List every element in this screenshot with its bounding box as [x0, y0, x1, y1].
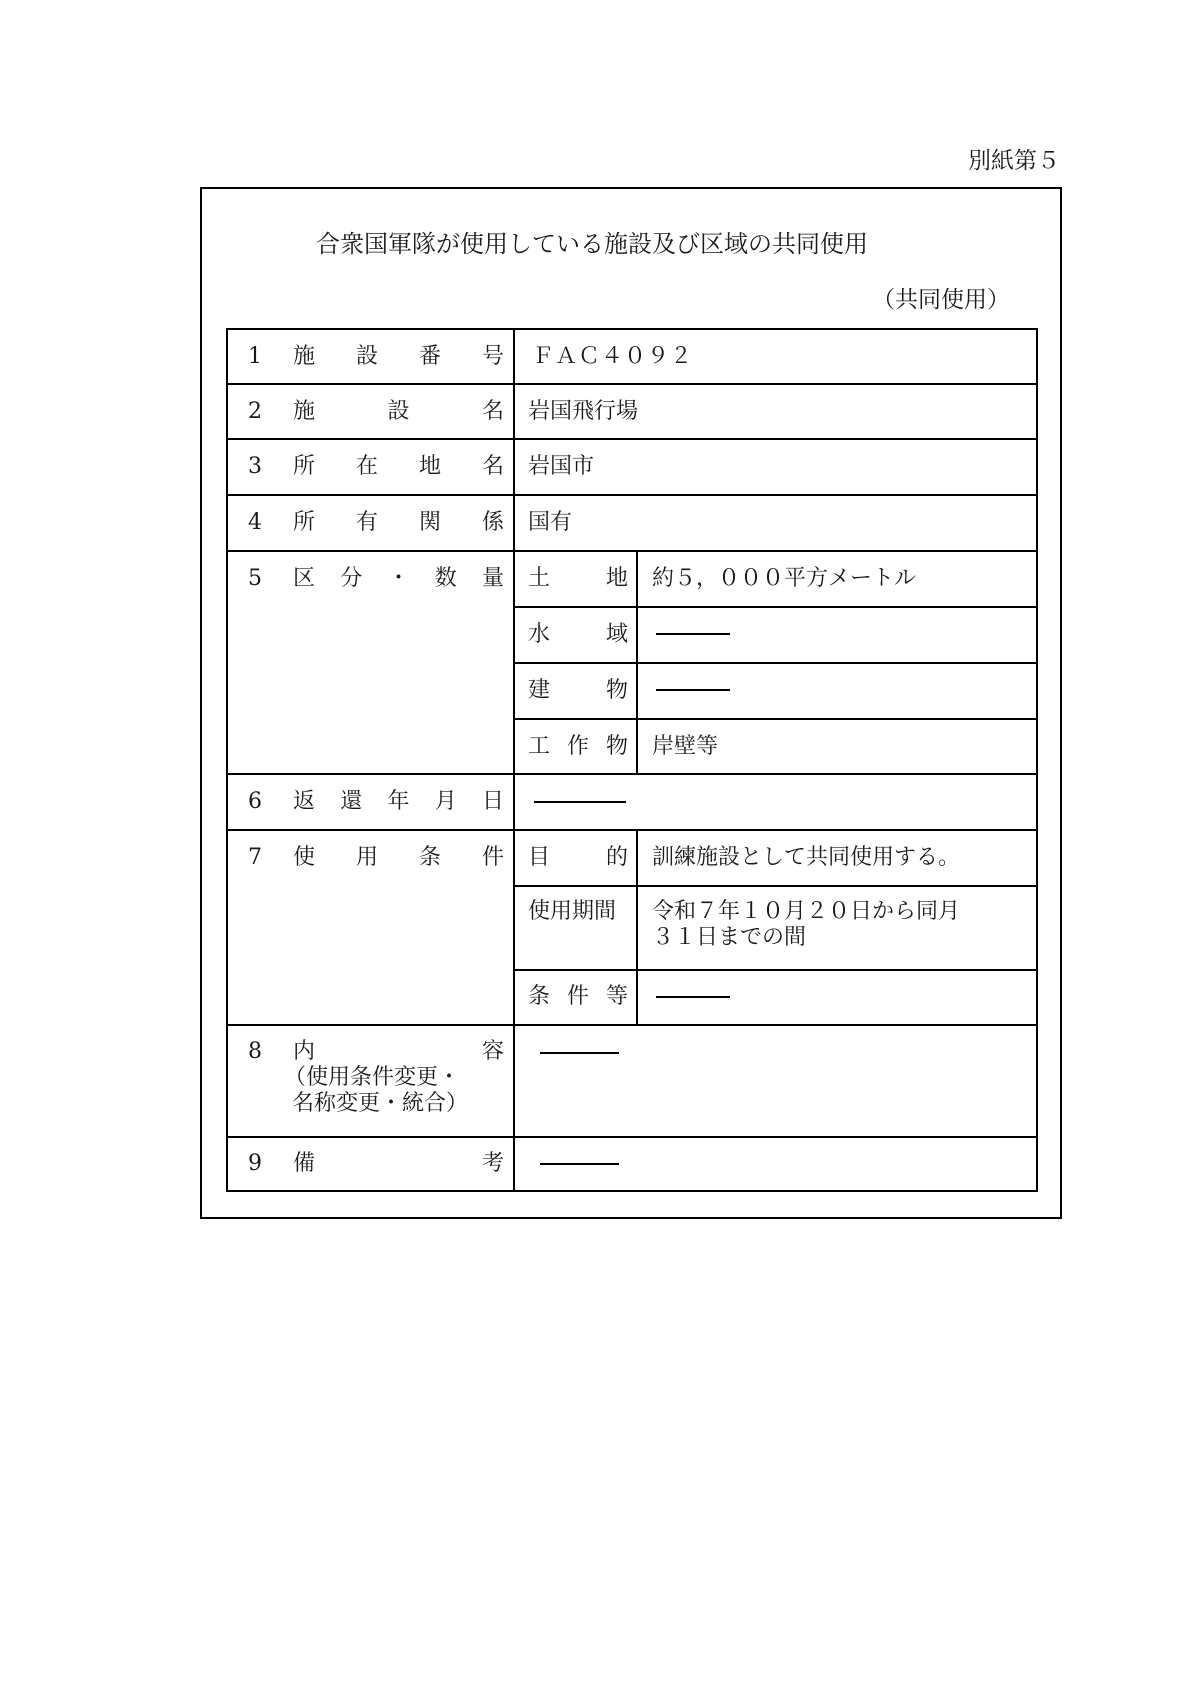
period-value-line-1: 令和７年１０月２０日から同月 [652, 899, 960, 925]
return-date-none-dash [534, 801, 626, 803]
row-line [226, 773, 1038, 775]
label-char: 区 [293, 566, 315, 592]
label-char: 数 [435, 566, 457, 592]
label-char: 名 [482, 454, 504, 480]
row-number: 5 [248, 566, 293, 592]
label-char: 作 [567, 734, 589, 760]
subrow-line [513, 662, 1038, 664]
subrow-line [513, 718, 1038, 720]
row-8-note-line-2: 名称変更・統合） [292, 1091, 468, 1117]
location-value: 岩国市 [528, 454, 594, 480]
row-number: 8 [248, 1039, 293, 1065]
label-char: 考 [482, 1151, 504, 1177]
label-char: 量 [482, 566, 504, 592]
row-number: 9 [248, 1151, 293, 1177]
document-title: 合衆国軍隊が使用している施設及び区域の共同使用 [0, 228, 1190, 260]
label-char: 所 [293, 510, 315, 536]
label-char: 等 [606, 984, 628, 1010]
column-divider [513, 328, 515, 1192]
row-7-label: 7 使 用 条 件 [248, 845, 504, 871]
subrow-label-land: 土 地 [528, 566, 628, 592]
row-number: 1 [248, 344, 293, 370]
row-number: 3 [248, 454, 293, 480]
label-char: 用 [356, 845, 378, 871]
row-5-label: 5 区 分 ・ 数 量 [248, 566, 504, 592]
document-title-text: 合衆国軍隊が使用している施設及び区域の共同使用 [316, 228, 868, 260]
facility-number-value: ＦＡＣ４０９２ [532, 344, 693, 370]
land-area-value: 約５，０００平方メートル [652, 566, 916, 592]
label-char: 在 [356, 454, 378, 480]
facility-table: 1 施 設 番 号 ＦＡＣ４０９２ 2 施 設 名 岩国飛行場 3 所 在 地 … [226, 328, 1038, 1192]
subrow-line [513, 885, 1038, 887]
label-char: 容 [482, 1039, 504, 1065]
label-char: 設 [387, 399, 409, 425]
label-char: 施 [293, 344, 315, 370]
row-1-label: 1 施 設 番 号 [248, 344, 504, 370]
label-char: 的 [606, 845, 628, 871]
document-subtitle: （共同使用） [860, 284, 1010, 316]
label-char: ・ [387, 566, 409, 592]
row-number: 6 [248, 789, 293, 815]
remarks-none-dash [540, 1163, 619, 1165]
structure-value: 岸壁等 [652, 734, 718, 760]
label-char: 分 [340, 566, 362, 592]
purpose-value: 訓練施設として共同使用する。 [652, 845, 960, 871]
label-char: 名 [482, 399, 504, 425]
label-char: 域 [606, 622, 628, 648]
label-char: 水 [528, 622, 550, 648]
row-2-label: 2 施 設 名 [248, 399, 504, 425]
table-border-left [226, 328, 228, 1192]
subrow-label-building: 建 物 [528, 678, 628, 704]
label-char: 件 [482, 845, 504, 871]
label-char: 月 [435, 789, 457, 815]
row-line [226, 383, 1038, 385]
label-char: 返 [293, 789, 315, 815]
subrow-label-purpose: 目 的 [528, 845, 628, 871]
label-char: 日 [482, 789, 504, 815]
content-none-dash [540, 1052, 619, 1054]
annex-label: 別紙第５ [940, 146, 1060, 176]
label-char: 内 [293, 1039, 315, 1065]
label-char: 土 [528, 566, 550, 592]
label-char: 還 [340, 789, 362, 815]
label-char: 番 [419, 344, 441, 370]
row-line [226, 438, 1038, 440]
conditions-none-dash [656, 996, 730, 998]
label-char: 関 [419, 510, 441, 536]
label-char: 物 [606, 734, 628, 760]
label-char: 設 [356, 344, 378, 370]
row-line [226, 494, 1038, 496]
table-border-bottom [226, 1190, 1038, 1192]
ownership-value: 国有 [528, 510, 572, 536]
label-char: 地 [606, 566, 628, 592]
row-8-label: 8 内 容 [248, 1039, 504, 1065]
subrow-label-conditions: 条 件 等 [528, 984, 628, 1010]
label-char: 号 [482, 344, 504, 370]
facility-name-value: 岩国飛行場 [528, 399, 638, 425]
subcolumn-divider-7 [636, 829, 638, 1025]
row-8-note-line-1: （使用条件変更・ [284, 1065, 460, 1091]
label-char: 係 [482, 510, 504, 536]
building-none-dash [656, 689, 730, 691]
row-4-label: 4 所 有 関 係 [248, 510, 504, 536]
label-char: 有 [356, 510, 378, 536]
subrow-line [513, 969, 1038, 971]
label-char: 所 [293, 454, 315, 480]
subrow-label-structure: 工 作 物 [528, 734, 628, 760]
label-char: 施 [293, 399, 315, 425]
table-border-top [226, 328, 1038, 330]
row-9-label: 9 備 考 [248, 1151, 504, 1177]
row-number: 2 [248, 399, 293, 425]
row-line [226, 550, 1038, 552]
row-line [226, 1024, 1038, 1026]
row-3-label: 3 所 在 地 名 [248, 454, 504, 480]
subrow-label-period: 使用期間 [528, 899, 628, 925]
row-6-label: 6 返 還 年 月 日 [248, 789, 504, 815]
subrow-label-water: 水 域 [528, 622, 628, 648]
label-char: 件 [567, 984, 589, 1010]
label-char: 年 [387, 789, 409, 815]
label-char: 条 [419, 845, 441, 871]
label-char: 目 [528, 845, 550, 871]
label-char: 条 [528, 984, 550, 1010]
subrow-line [513, 606, 1038, 608]
label-char: 使 [293, 845, 315, 871]
water-area-none-dash [656, 633, 730, 635]
row-number: 7 [248, 845, 293, 871]
period-value-line-2: ３１日までの間 [652, 925, 806, 951]
label-char: 物 [606, 678, 628, 704]
row-number: 4 [248, 510, 293, 536]
row-line [226, 1136, 1038, 1138]
label-char: 工 [528, 734, 550, 760]
row-line [226, 829, 1038, 831]
label-char: 建 [528, 678, 550, 704]
table-border-right [1036, 328, 1038, 1192]
label-char: 使用期間 [528, 899, 616, 925]
label-char: 備 [293, 1151, 315, 1177]
label-char: 地 [419, 454, 441, 480]
